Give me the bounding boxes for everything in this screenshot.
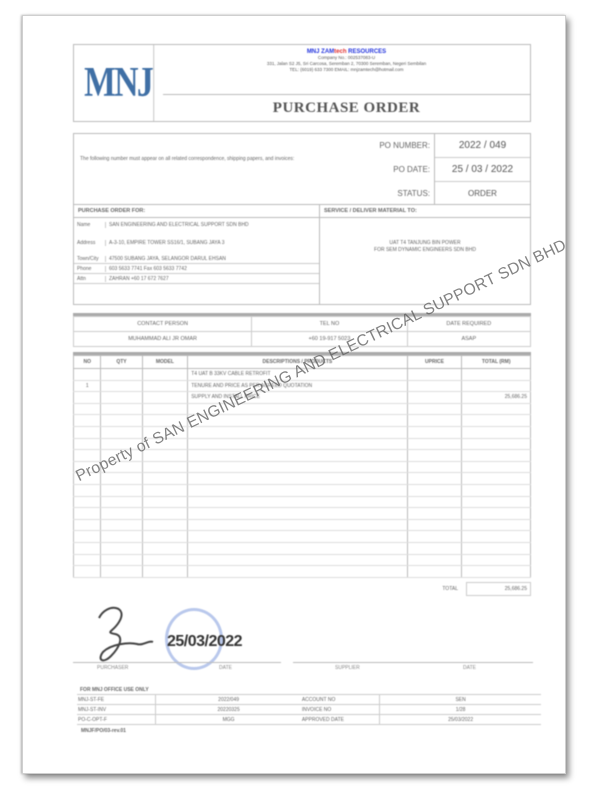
cell-model: [142, 369, 188, 381]
cell-qty: [101, 392, 142, 404]
purchase-for-heading: PURCHASE ORDER FOR:: [74, 205, 319, 218]
po-details: The following number must appear on all …: [73, 133, 531, 205]
field-label: Attn: [74, 276, 106, 282]
office-cell: 20220325: [156, 705, 301, 715]
purchase-for-row: NameSAN ENGINEERING AND ELECTRICAL SUPPO…: [74, 218, 319, 232]
office-cell: APPROVED DATE: [301, 715, 380, 725]
field-label: Town/City: [74, 256, 106, 262]
table-row: 1TENURE AND PRICE AS PER AGREED QUOTATIO…: [74, 380, 531, 392]
letterhead: MNJ MNJ ZAMtech RESOURCES Company No.: 0…: [73, 44, 531, 122]
cell-total: 25,686.25: [462, 392, 531, 404]
purchase-for: PURCHASE ORDER FOR: NameSAN ENGINEERING …: [74, 205, 320, 304]
table-row-empty: [74, 496, 531, 508]
table-row-empty: [74, 403, 531, 415]
purchase-for-row: Town/City47500 SUBANG JAYA, SELANGOR DAR…: [74, 254, 319, 264]
document-title: PURCHASE ORDER: [163, 95, 530, 121]
cell-no: [74, 369, 101, 381]
cell-no: 1: [74, 380, 101, 392]
field-value: ZAHRAN +60 17 672 7627: [106, 276, 319, 282]
company-info: MNJ ZAMtech RESOURCES Company No.: 00253…: [163, 45, 530, 95]
office-cell: ACCOUNT NO: [301, 695, 380, 705]
table-row-empty: [74, 461, 531, 473]
cell-no: [74, 392, 101, 404]
table-row-empty: [74, 508, 531, 520]
contact-person-header: CONTACT PERSON: [74, 317, 252, 332]
supplier-caption: SUPPLIER: [335, 665, 360, 671]
office-row: PO-C-OPT-FMGGAPPROVED DATE25/03/2022: [77, 715, 541, 725]
table-row-empty: [74, 473, 531, 485]
table-row-empty: [74, 519, 531, 531]
purchase-for-row: AddressA-3-10, EMPIRE TOWER SS16/1, SUBA…: [74, 232, 319, 254]
col-uprice: UPRICE: [407, 356, 462, 369]
office-row: MNJ-ST-FE2022/049ACCOUNT NOSEN: [77, 695, 541, 705]
table-row: SUPPLY AND INSTALL PRICE25,686.25: [74, 392, 531, 404]
po-note: The following number must appear on all …: [74, 134, 352, 204]
office-cell: PO-C-OPT-F: [77, 715, 156, 725]
signature-section: 25/03/2022 PURCHASER DATE SUPPLIER DATE: [73, 600, 531, 675]
cell-total: [462, 369, 531, 381]
deliver-line-2: FOR SEM DYNAMIC ENGINEERS SDN BHD: [320, 247, 530, 254]
office-cell: MNJ-ST-INV: [77, 705, 156, 715]
table-row-empty: [74, 415, 531, 427]
status-label: STATUS:: [352, 182, 430, 206]
office-cell: 1/28: [380, 705, 541, 715]
po-date-value: 25 / 03 / 2022: [435, 158, 530, 182]
office-cell: 25/03/2022: [380, 715, 541, 725]
po-number-label: PO NUMBER:: [352, 134, 430, 158]
total-value: 25,686.25: [466, 582, 531, 596]
cell-qty: [101, 369, 142, 381]
field-value: 603 5633 7741 Fax 603 5633 7742: [106, 266, 319, 272]
company-contact: TEL: (6019) 633 7300 EMAIL: mnjzamtech@h…: [163, 67, 530, 73]
col-no: NO: [74, 356, 101, 369]
office-use-section: FOR MNJ OFFICE USE ONLY MNJ-ST-FE2022/04…: [77, 686, 541, 734]
items-table: NO QTY MODEL DESCRIPTIONS / PRODUCTS UPR…: [73, 352, 531, 578]
col-qty: QTY: [101, 356, 142, 369]
purchase-for-row: AttnZAHRAN +60 17 672 7627: [74, 274, 319, 284]
purchaser-date-caption: DATE: [219, 665, 232, 671]
deliver-line-1: UAT T4 TANJUNG BIN POWER: [320, 240, 530, 247]
cell-uprice: [407, 369, 462, 381]
deliver-to-heading: SERVICE / DELIVER MATERIAL TO:: [320, 205, 530, 218]
cell-uprice: [407, 392, 462, 404]
office-cell: MNJ-ST-FE: [77, 695, 156, 705]
table-row-empty: [74, 484, 531, 496]
status-value: ORDER: [435, 182, 530, 205]
purchase-for-row: Phone603 5633 7741 Fax 603 5633 7742: [74, 264, 319, 274]
table-row-empty: [74, 531, 531, 543]
office-cell: MGG: [156, 715, 301, 725]
field-value: SAN ENGINEERING AND ELECTRICAL SUPPORT S…: [106, 222, 319, 228]
po-number-value: 2022 / 049: [435, 134, 530, 158]
cell-model: [142, 380, 188, 392]
col-total: TOTAL (RM): [462, 356, 531, 369]
office-row: MNJ-ST-INV20220325INVOICE NO1/28: [77, 705, 541, 715]
po-date-label: PO DATE:: [352, 158, 430, 182]
supplier-date-caption: DATE: [463, 665, 476, 671]
col-model: MODEL: [142, 356, 188, 369]
field-label: Phone: [74, 266, 106, 272]
company-logo: MNJ: [83, 45, 154, 121]
signature-date: 25/03/2022: [167, 633, 242, 651]
supplier-signature-line: [293, 662, 533, 664]
field-label: Address: [74, 240, 106, 246]
date-required-value: ASAP: [407, 332, 530, 347]
table-row-empty: [74, 542, 531, 554]
contact-section: CONTACT PERSON TEL NO DATE REQUIRED MUHA…: [73, 313, 531, 346]
signature-icon: [89, 604, 169, 666]
cell-qty: [101, 380, 142, 392]
office-cell: 2022/049: [156, 695, 301, 705]
form-code: MNJF/PO/03-rev.01: [77, 728, 541, 734]
table-row-empty: [74, 566, 531, 578]
total-row: TOTAL 25,686.25: [73, 582, 531, 596]
field-label: Name: [74, 222, 106, 228]
field-value: 47500 SUBANG JAYA, SELANGOR DARUL EHSAN: [106, 256, 319, 262]
purchaser-signature-line: [73, 662, 281, 664]
total-label: TOTAL: [442, 586, 458, 592]
contact-person-value: MUHAMMAD ALI JR OMAR: [74, 332, 252, 347]
purchaser-caption: PURCHASER: [97, 665, 128, 671]
cell-total: [462, 380, 531, 392]
office-cell: INVOICE NO: [301, 705, 380, 715]
document-page: MNJ MNJ ZAMtech RESOURCES Company No.: 0…: [22, 15, 566, 774]
office-cell: SEN: [380, 695, 541, 705]
field-value: A-3-10, EMPIRE TOWER SS16/1, SUBANG JAYA…: [106, 240, 319, 246]
cell-model: [142, 392, 188, 404]
table-row-empty: [74, 554, 531, 566]
deliver-to: SERVICE / DELIVER MATERIAL TO: UAT T4 TA…: [320, 205, 530, 304]
cell-uprice: [407, 380, 462, 392]
office-use-heading: FOR MNJ OFFICE USE ONLY: [77, 686, 541, 695]
